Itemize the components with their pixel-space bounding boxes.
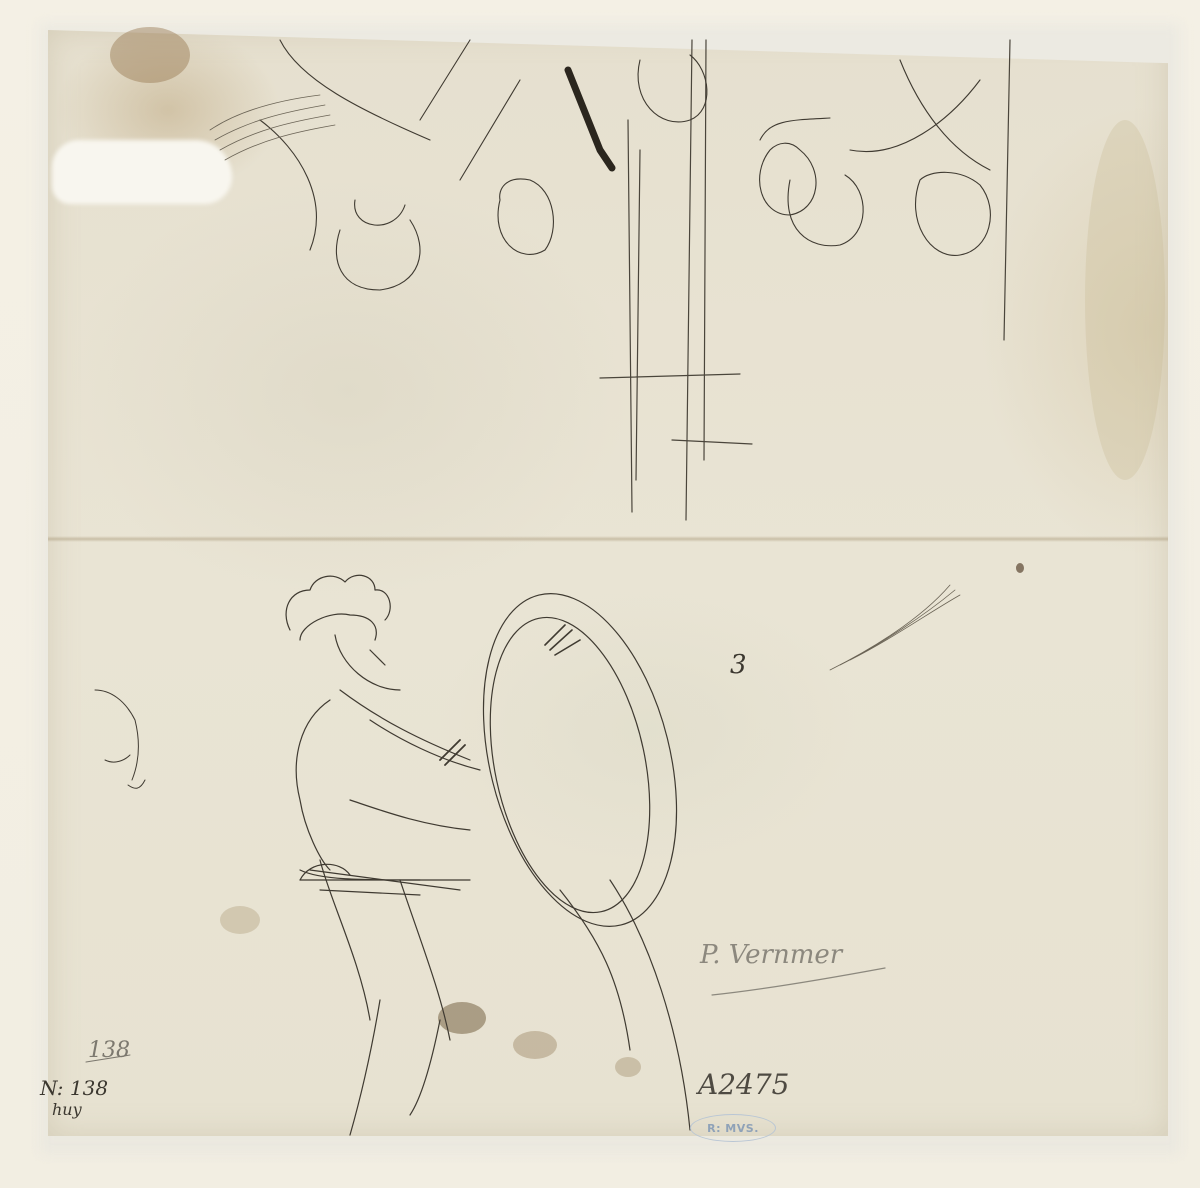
warrior-figure	[286, 573, 708, 1135]
dark-stroke	[568, 70, 612, 168]
architectural-frame-lines	[600, 40, 1010, 520]
inventory-sub: huy	[52, 1100, 82, 1119]
hatching-strokes	[830, 585, 960, 670]
putti-heads	[260, 40, 990, 290]
signature: P. Vernmer	[700, 940, 842, 970]
profile-head-sketch	[95, 690, 145, 788]
accession-number: A2475	[698, 1068, 789, 1101]
signature-underline	[712, 968, 885, 995]
sheet-number: 3	[730, 650, 747, 680]
sketch-drawing	[0, 0, 1200, 1188]
pencil-number: 138	[88, 1038, 130, 1063]
collection-stamp: R: MVS.	[690, 1114, 776, 1142]
wing-hatching	[210, 95, 335, 160]
inventory-label: N: 138	[40, 1076, 108, 1100]
